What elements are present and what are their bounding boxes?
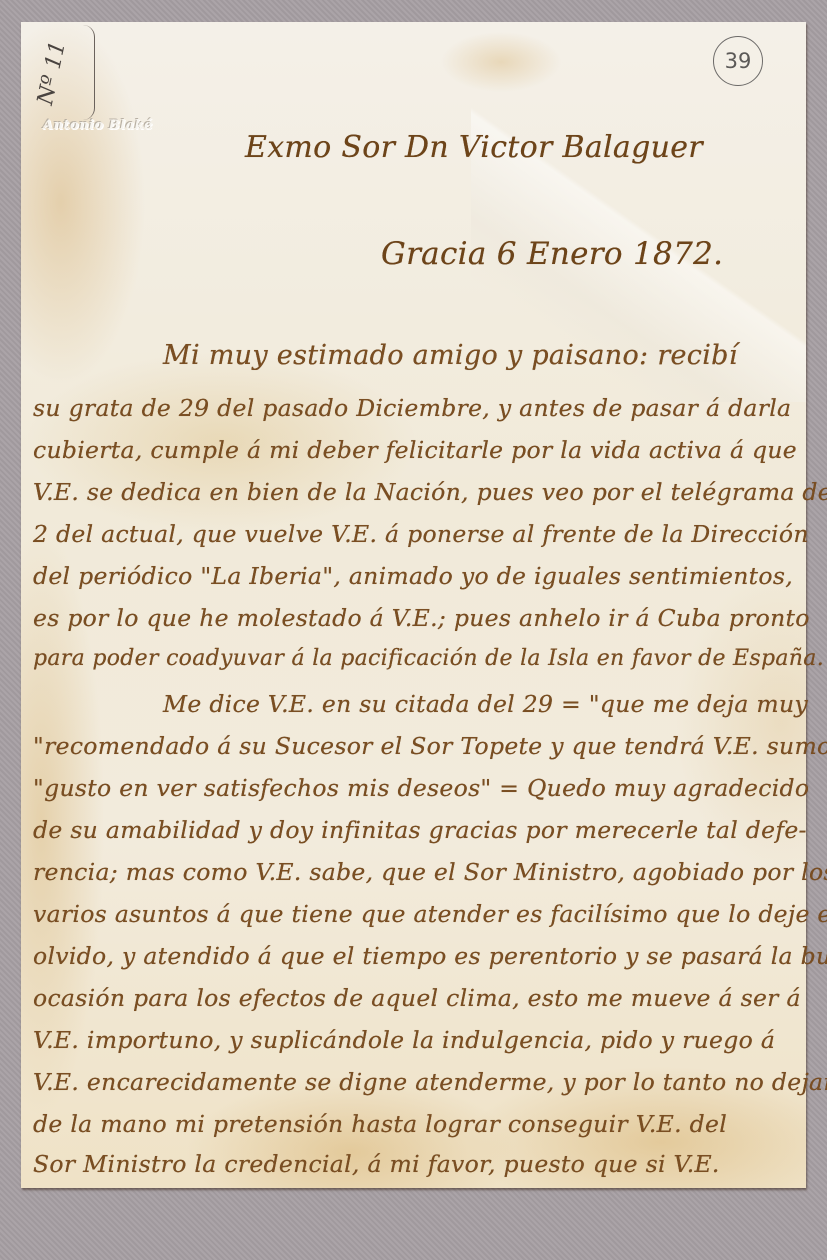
body-line: su grata de 29 del pasado Diciembre, y a… <box>33 394 806 422</box>
pencil-note: Nº 11 <box>33 39 71 107</box>
body-line: "gusto en ver satisfechos mis deseos" = … <box>33 774 806 802</box>
body-line: ocasión para los efectos de aquel clima,… <box>33 984 806 1012</box>
body-line: V.E. encarecidamente se digne atenderme,… <box>33 1068 806 1096</box>
body-line: para poder coadyuvar á la pacificación d… <box>33 646 806 671</box>
body-line: varios asuntos á que tiene que atender e… <box>33 900 806 928</box>
body-line: Me dice V.E. en su citada del 29 = "que … <box>163 690 806 718</box>
pencil-bracket-mark <box>76 25 95 120</box>
body-line: V.E. importuno, y suplicándole la indulg… <box>33 1026 806 1054</box>
body-line: "recomendado á su Sucesor el Sor Topete … <box>33 732 806 760</box>
body-line: olvido, y atendido á que el tiempo es pe… <box>33 942 806 970</box>
body-line: rencia; mas como V.E. sabe, que el Sor M… <box>33 858 806 886</box>
body-line: de la mano mi pretensión hasta lograr co… <box>33 1110 806 1138</box>
folio-number-text: 39 <box>725 49 752 73</box>
body-line: Sor Ministro la credencial, á mi favor, … <box>33 1150 806 1178</box>
place-date-line: Gracia 6 Enero 1872. <box>381 236 806 272</box>
body-line: del periódico "La Iberia", animado yo de… <box>33 562 806 590</box>
addressee-line: Exmo Sor Dn Victor Balaguer <box>245 130 806 165</box>
body-line: cubierta, cumple á mi deber felicitarle … <box>33 436 806 464</box>
letter-page: Nº 11 Antonio Blaké 39 Exmo Sor Dn Victo… <box>21 22 806 1188</box>
body-line: Mi muy estimado amigo y paisano: recibí <box>163 340 806 371</box>
body-line: 2 del actual, que vuelve V.E. á ponerse … <box>33 520 806 548</box>
folio-number: 39 <box>713 36 763 86</box>
body-line: es por lo que he molestado á V.E.; pues … <box>33 604 806 632</box>
embossed-letterhead: Antonio Blaké <box>43 118 153 133</box>
body-line: de su amabilidad y doy infinitas gracias… <box>33 816 806 844</box>
body-line: V.E. se dedica en bien de la Nación, pue… <box>33 478 806 506</box>
